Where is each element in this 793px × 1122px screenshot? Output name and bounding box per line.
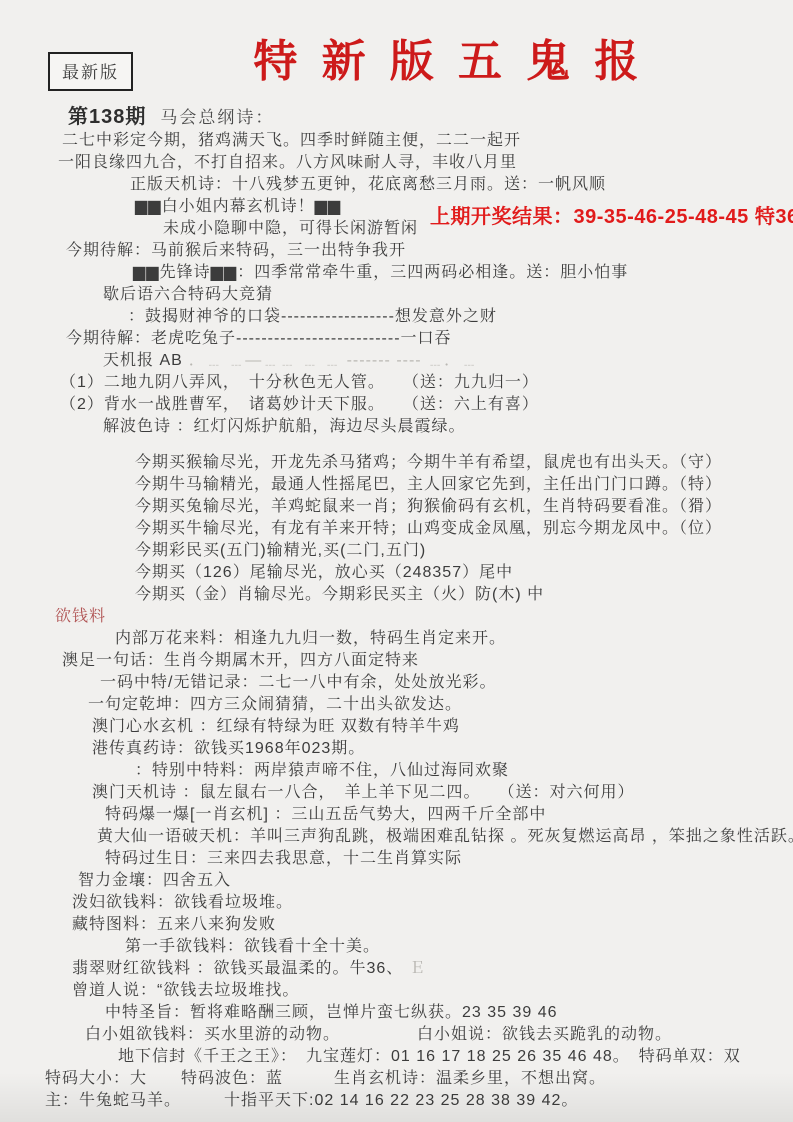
text-line: 今期买牛输尽光，有龙有羊来开特；山鸡变成金凤凰，别忘今期龙凤中。（位） xyxy=(135,518,793,540)
faint-artifact-text: ．﹍ ﹍—﹍﹍ ﹍ ﹍ ------- ---- ﹍．﹍ xyxy=(189,352,478,369)
issue-row: 第138期 马会总纲诗： xyxy=(68,100,793,126)
line-text: 智力金壤：四舍五入 xyxy=(78,872,231,889)
line-text: 歇后语六合特码大竞猜 xyxy=(103,286,273,303)
last-draw-result: 上期开奖结果：39-35-46-25-48-45 特36 xyxy=(430,200,793,229)
text-line: 中特圣旨：暂将难略酬三顾，岂惮片蛮七纵获。23 35 39 46 xyxy=(105,1002,793,1024)
line-text: ▆▆先锋诗▆▆：四季常常牵牛重，三四两码必相逢。送：胆小怕事 xyxy=(133,264,628,281)
line-text: 今期买（126）尾输尽光，放心买（248357）尾中 xyxy=(135,564,513,581)
line-text: 一码中特/无错记录：二七一八中有余，处处放光彩。 xyxy=(100,674,496,691)
line-text: 二七中彩定今期，猪鸡满天飞。四季时鲜随主便，二二一起开 xyxy=(62,132,521,149)
line-text: ▆▆白小姐内幕玄机诗！▆▆ xyxy=(135,198,341,215)
text-line: 天机报 AB．﹍ ﹍—﹍﹍ ﹍ ﹍ ------- ---- ﹍．﹍ xyxy=(103,350,793,372)
text-line: 第一手欲钱料：欲钱看十全十美。 xyxy=(125,936,793,958)
line-text: 今期买兔输尽光，羊鸡蛇鼠来一肖；狗猴偷码有玄机，生肖特码要看准。（猾） xyxy=(135,498,722,515)
line-text: 欲钱料 xyxy=(55,608,106,625)
page-title: 特新版五鬼报 xyxy=(163,38,753,86)
line-text: 藏特图料：五来八来狗发败 xyxy=(72,916,276,933)
line-text: 今期待解：老虎吃兔子--------------------------一口吞 xyxy=(66,330,452,347)
text-line: （1）二地九阴八弄风， 十分秋色无人管。 （送：九九归一） xyxy=(60,372,793,394)
line-text: 未成小隐聊中隐，可得长闲游暂闲 xyxy=(163,220,418,237)
text-line: 澳足一句话：生肖今期属木开，四方八面定特来 xyxy=(62,650,793,672)
line-text: 今期待解：马前猴后来特码，三一出特争我开 xyxy=(66,242,406,259)
text-line: 藏特图料：五来八来狗发败 xyxy=(72,914,793,936)
text-line: ▆▆先锋诗▆▆：四季常常牵牛重，三四两码必相逢。送：胆小怕事 xyxy=(133,262,793,284)
text-line: 二七中彩定今期，猪鸡满天飞。四季时鲜随主便，二二一起开 xyxy=(62,130,793,152)
line-text: 今期牛马输精光，最通人性摇尾巴，主人回家它先到，主任出门门口蹲。（特） xyxy=(135,476,722,493)
text-line: 一阳良缘四九合，不打自招来。八方风味耐人寻，丰收八月里 xyxy=(58,152,793,174)
content-lines: 二七中彩定今期，猪鸡满天飞。四季时鲜随主便，二二一起开一阳良缘四九合，不打自招来… xyxy=(0,130,793,1112)
line-text: 泼妇欲钱料：欲钱看垃圾堆。 xyxy=(72,894,293,911)
text-line: 特码过生日：三来四去我思意，十二生肖算实际 xyxy=(105,848,793,870)
text-line: 澳门天机诗 ：鼠左鼠右一八合， 羊上羊下见二四。 （送：对六何用） xyxy=(92,782,793,804)
text-line: 解波色诗 ：红灯闪烁护航船，海边尽头晨霞绿。 xyxy=(103,416,793,438)
line-text: 中特圣旨：暂将难略酬三顾，岂惮片蛮七纵获。23 35 39 46 xyxy=(105,1004,558,1021)
line-text: 白小姐欲钱料：买水里游的动物。 白小姐说：欲钱去买跪乳的动物。 xyxy=(85,1026,672,1043)
text-line: 歇后语六合特码大竞猜 xyxy=(103,284,793,306)
line-text: 天机报 AB xyxy=(103,352,183,369)
text-line: 白小姐欲钱料：买水里游的动物。 白小姐说：欲钱去买跪乳的动物。 xyxy=(85,1024,793,1046)
text-line: 翡翠财红欲钱料 ：欲钱买最温柔的。牛36、Ｅ xyxy=(72,958,793,980)
line-text: 翡翠财红欲钱料 ：欲钱买最温柔的。牛36、 xyxy=(72,960,403,977)
text-line: 内部万花来料：相逢九九归一数，特码生肖定来开。 xyxy=(115,628,793,650)
line-text: 特码过生日：三来四去我思意，十二生肖算实际 xyxy=(105,850,462,867)
text-line: 正版天机诗：十八残梦五更钟，花底离愁三月雨。送：一帆风顺 xyxy=(130,174,793,196)
text-line: 今期待解：老虎吃兔子--------------------------一口吞 xyxy=(66,328,793,350)
issue-subtitle: 马会总纲诗： xyxy=(160,103,274,128)
line-text: 澳门天机诗 ：鼠左鼠右一八合， 羊上羊下见二四。 （送：对六何用） xyxy=(92,784,634,801)
line-text: 第一手欲钱料：欲钱看十全十美。 xyxy=(125,938,380,955)
text-line: （2）背水一战胜曹军， 诸葛妙计天下服。 （送：六上有喜） xyxy=(60,394,793,416)
text-line: 港传真药诗：欲钱买1968年023期。 xyxy=(92,738,793,760)
line-text: 今期买猴输尽光，开龙先杀马猪鸡；今期牛羊有希望，鼠虎也有出头天。（守） xyxy=(135,454,722,471)
line-text: 今期彩民买(五门)输精光,买(二门,五门) xyxy=(135,542,426,559)
line-text: 特码爆一爆[一肖玄机] ：三山五岳气势大，四两千斤全部中 xyxy=(105,806,546,823)
text-line: 智力金壤：四舍五入 xyxy=(78,870,793,892)
text-line: 特码爆一爆[一肖玄机] ：三山五岳气势大，四两千斤全部中 xyxy=(105,804,793,826)
edition-badge: 最新版 xyxy=(48,52,133,91)
text-line: 曾道人说：“欲钱去垃圾堆找。 xyxy=(72,980,793,1002)
text-line: 今期彩民买(五门)输精光,买(二门,五门) xyxy=(135,540,793,562)
line-text: 今期买牛输尽光，有龙有羊来开特；山鸡变成金凤凰，别忘今期龙凤中。（位） xyxy=(135,520,722,537)
text-line: ：特别中特料：两岸猿声啼不住，八仙过海同欢聚 xyxy=(135,760,793,782)
header: 最新版 特新版五鬼报 xyxy=(0,38,793,98)
line-text: ：特别中特料：两岸猿声啼不住，八仙过海同欢聚 xyxy=(135,762,509,779)
text-line: 今期待解：马前猴后来特码，三一出特争我开 xyxy=(66,240,793,262)
text-line: 今期买猴输尽光，开龙先杀马猪鸡；今期牛羊有希望，鼠虎也有出头天。（守） xyxy=(135,452,793,474)
line-text: 特码大小：大 特码波色：蓝 生肖玄机诗：温柔乡里，不想出窝。 xyxy=(45,1070,606,1087)
text-line: 特码大小：大 特码波色：蓝 生肖玄机诗：温柔乡里，不想出窝。 xyxy=(45,1068,793,1090)
text-line: 主：牛兔蛇马羊。 十指平天下:02 14 16 22 23 25 28 38 3… xyxy=(45,1090,793,1112)
line-text: （2）背水一战胜曹军， 诸葛妙计天下服。 （送：六上有喜） xyxy=(60,396,539,413)
text-line: 今期牛马输精光，最通人性摇尾巴，主人回家它先到，主任出门门口蹲。（特） xyxy=(135,474,793,496)
line-text: 港传真药诗：欲钱买1968年023期。 xyxy=(92,740,365,757)
text-line: 澳门心水玄机 ：红绿有特绿为旺 双数有特羊牛鸡 xyxy=(92,716,793,738)
line-text: 正版天机诗：十八残梦五更钟，花底离愁三月雨。送：一帆风顺 xyxy=(130,176,606,193)
text-line: 黄大仙一语破天机：羊叫三声狗乱跳，极端困难乱钻探 。死灰复燃运高昂 ，笨拙之象性… xyxy=(97,826,793,848)
text-line: 今期买（126）尾输尽光，放心买（248357）尾中 xyxy=(135,562,793,584)
line-text: 澳门心水玄机 ：红绿有特绿为旺 双数有特羊牛鸡 xyxy=(92,718,460,735)
line-text: 地下信封《千王之王》： 九宝莲灯：01 16 17 18 25 26 35 46… xyxy=(118,1048,741,1065)
line-text: 曾道人说：“欲钱去垃圾堆找。 xyxy=(72,982,299,999)
text-line: 泼妇欲钱料：欲钱看垃圾堆。 xyxy=(72,892,793,914)
text-line: 一码中特/无错记录：二七一八中有余，处处放光彩。 xyxy=(100,672,793,694)
line-text: 内部万花来料：相逢九九归一数，特码生肖定来开。 xyxy=(115,630,506,647)
line-text: 今期买（金）肖输尽光。今期彩民买主（火）防(木) 中 xyxy=(135,586,544,603)
line-text: 澳足一句话：生肖今期属木开，四方八面定特来 xyxy=(62,652,419,669)
line-text: 黄大仙一语破天机：羊叫三声狗乱跳，极端困难乱钻探 。死灰复燃运高昂 ，笨拙之象性… xyxy=(97,828,793,845)
line-text: 一阳良缘四九合，不打自招来。八方风味耐人寻，丰收八月里 xyxy=(58,154,517,171)
text-line: 一句定乾坤：四方三众闹猜猜，二十出头欲发达。 xyxy=(88,694,793,716)
line-text: （1）二地九阴八弄风， 十分秋色无人管。 （送：九九归一） xyxy=(60,374,539,391)
line-text: ：鼓揭财神爷的口袋------------------想发意外之财 xyxy=(128,308,497,325)
newspaper-page: 最新版 特新版五鬼报 第138期 马会总纲诗： 二七中彩定今期，猪鸡满天飞。四季… xyxy=(0,0,793,1122)
text-line: 今期买（金）肖输尽光。今期彩民买主（火）防(木) 中 xyxy=(135,584,793,606)
text-line: 地下信封《千王之王》： 九宝莲灯：01 16 17 18 25 26 35 46… xyxy=(118,1046,793,1068)
text-line: ：鼓揭财神爷的口袋------------------想发意外之财 xyxy=(128,306,793,328)
line-text: 解波色诗 ：红灯闪烁护航船，海边尽头晨霞绿。 xyxy=(103,418,465,435)
text-line: 今期买兔输尽光，羊鸡蛇鼠来一肖；狗猴偷码有玄机，生肖特码要看准。（猾） xyxy=(135,496,793,518)
line-text: 一句定乾坤：四方三众闹猜猜，二十出头欲发达。 xyxy=(88,696,462,713)
faint-artifact-text: Ｅ xyxy=(409,960,426,977)
line-text: 主：牛兔蛇马羊。 十指平天下:02 14 16 22 23 25 28 38 3… xyxy=(45,1092,578,1109)
section-heading-yuqianliao: 欲钱料 xyxy=(55,606,793,628)
issue-number: 第138期 xyxy=(68,100,146,129)
